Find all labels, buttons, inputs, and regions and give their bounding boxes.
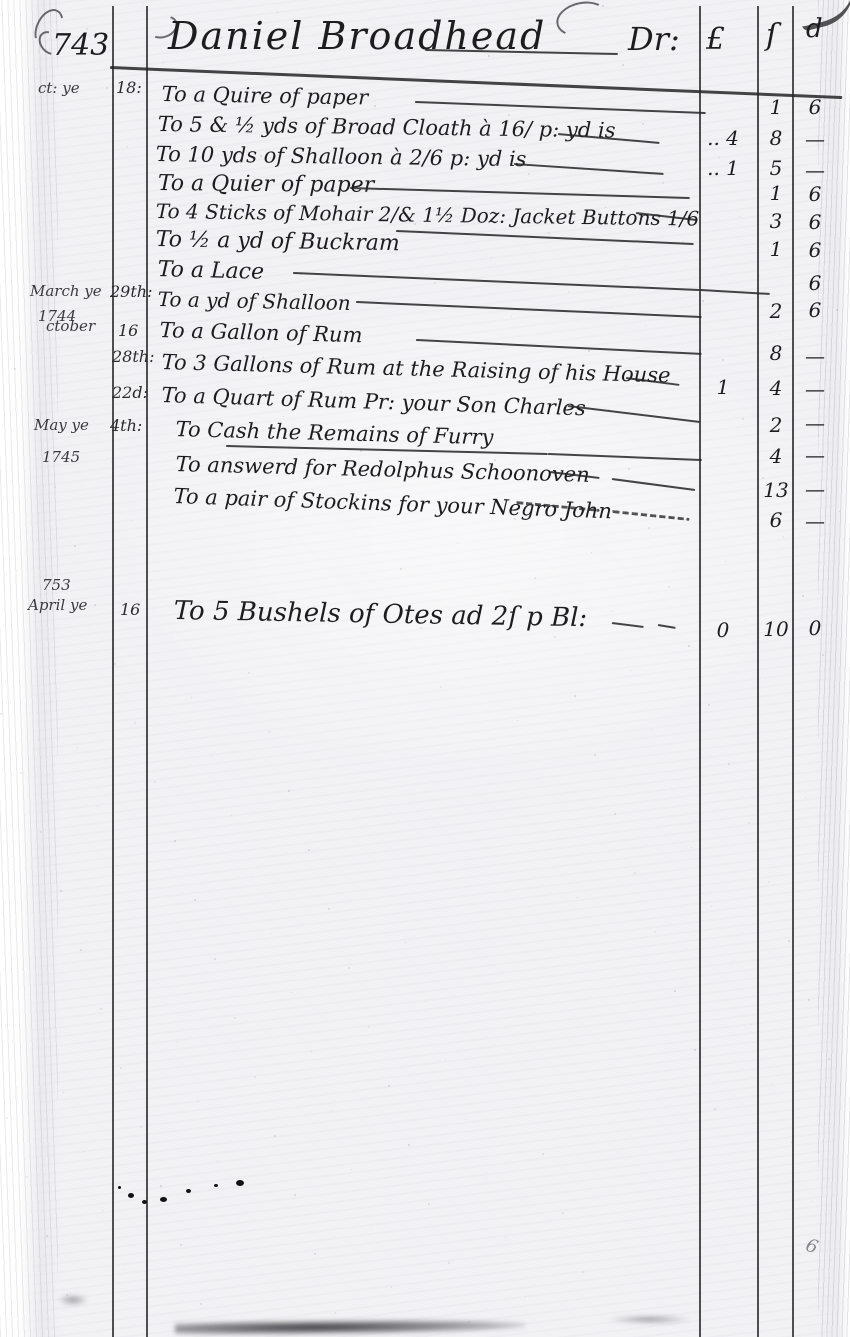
paper-speck (691, 847, 692, 848)
paper-speck (791, 1142, 792, 1143)
paper-speck (799, 393, 800, 394)
paper-speck (191, 697, 192, 698)
paper-speck (825, 856, 826, 857)
paper-speck (257, 1278, 258, 1279)
paper-speck (277, 12, 278, 13)
paper-speck (528, 173, 530, 175)
paper-speck (297, 71, 298, 72)
paper-speck (274, 1135, 276, 1137)
ruled-flourish (416, 339, 702, 355)
paper-speck (405, 942, 406, 943)
paper-speck (237, 1219, 238, 1220)
paper-speck (397, 366, 398, 367)
paper-speck (6, 1117, 8, 1119)
entry-day: 18: (116, 78, 142, 97)
entry-day: 16 (118, 321, 138, 340)
entry-description: To answerd for Redolphus Schoonoven (175, 452, 590, 487)
paper-speck (371, 1228, 372, 1229)
paper-speck (231, 815, 232, 816)
paper-speck (465, 1119, 466, 1120)
paper-speck (602, 5, 604, 7)
paper-speck (674, 990, 676, 992)
paper-speck (762, 477, 764, 479)
torn-left-edge (0, 0, 58, 1337)
paper-speck (782, 536, 784, 538)
paper-speck (839, 511, 840, 512)
paper-speck (268, 731, 270, 733)
paper-speck (234, 1017, 236, 1019)
paper-speck (163, 62, 164, 63)
paper-speck (348, 967, 350, 969)
entry-description: To 10 yds of Shalloon à 2/6 p: yd is (156, 142, 527, 171)
paper-speck (60, 890, 62, 892)
paper-speck (542, 1153, 544, 1155)
entry-pence: — (793, 411, 837, 435)
entry-pence: — (793, 377, 837, 401)
paper-speck (514, 518, 516, 520)
paper-speck (180, 1244, 182, 1246)
paper-speck (300, 273, 302, 275)
pounds-column-header: £ (706, 22, 725, 57)
paper-speck (491, 257, 492, 258)
paper-speck (571, 493, 572, 494)
paper-speck (411, 21, 412, 22)
paper-speck (46, 1235, 48, 1237)
paper-speck (437, 484, 438, 485)
ruled-flourish (356, 301, 702, 318)
entry-shillings: 1 (759, 237, 793, 261)
paper-speck (548, 232, 550, 234)
paper-speck (243, 298, 244, 299)
paper-speck (608, 409, 610, 411)
paper-speck (591, 552, 592, 553)
paper-speck (671, 788, 672, 789)
paper-speck (448, 1262, 450, 1264)
pence-column-header: d (806, 14, 823, 44)
paper-speck (120, 1067, 122, 1069)
ruled-flourish (396, 230, 694, 245)
paper-speck (337, 189, 338, 190)
paper-speck (494, 459, 496, 461)
paper-speck (17, 570, 18, 571)
paper-speck (254, 1076, 256, 1078)
entry-pence: 6 (793, 210, 837, 234)
margin-rule-outer (112, 6, 114, 1337)
paper-speck (831, 1260, 832, 1261)
ruled-flourish (612, 478, 695, 491)
paper-speck (414, 223, 416, 225)
paper-speck (94, 604, 96, 606)
ruled-flourish (514, 163, 664, 175)
paper-speck (214, 958, 216, 960)
paper-speck (294, 1194, 296, 1196)
paper-speck (836, 309, 838, 311)
paper-speck (759, 275, 760, 276)
paper-speck (705, 502, 706, 503)
paper-speck (117, 865, 118, 866)
entry-shillings: 6 (759, 508, 793, 532)
entry-margin-year: 1745 (42, 448, 80, 466)
paper-speck (745, 620, 746, 621)
entry-description: To a Quart of Rum Pr: your Son Charles (161, 383, 586, 420)
entry-description: To 3 Gallons of Rum at the Raising of hi… (161, 350, 670, 387)
paper-speck (20, 772, 22, 774)
paper-speck (525, 1296, 526, 1297)
paper-speck (654, 931, 656, 933)
paper-speck (557, 838, 558, 839)
paper-speck (725, 561, 726, 562)
paper-speck (694, 1049, 696, 1051)
paper-speck (23, 974, 24, 975)
entry-shillings: 1 (759, 95, 793, 119)
paper-speck (517, 720, 518, 721)
entry-shillings: 3 (759, 209, 793, 233)
ruled-flourish (350, 187, 690, 199)
paper-speck (497, 661, 498, 662)
entry-shillings: 4 (759, 376, 793, 400)
paper-speck (291, 992, 292, 993)
entry-pounds: 0 (695, 618, 751, 642)
entry-description: To a Quier of paper (158, 171, 375, 198)
paper-speck (203, 180, 204, 181)
paper-speck (317, 130, 318, 131)
paper-speck (425, 1001, 426, 1002)
entry-pence: — (793, 509, 837, 533)
paper-speck (420, 627, 422, 629)
entry-shillings: 1 (759, 181, 793, 205)
entry-shillings: 2 (759, 299, 793, 323)
paper-speck (488, 55, 490, 57)
paper-speck (263, 357, 264, 358)
bottom-smudge (58, 1294, 88, 1306)
paper-speck (114, 663, 116, 665)
paper-speck (111, 461, 112, 462)
paper-speck (582, 1271, 584, 1273)
ruled-flourish (658, 624, 676, 629)
paper-speck (477, 602, 478, 603)
paper-speck (434, 282, 436, 284)
paper-speck (77, 747, 78, 748)
paper-speck (634, 872, 636, 874)
paper-speck (808, 999, 810, 1001)
paper-speck (679, 39, 680, 40)
paper-speck (802, 595, 804, 597)
paper-speck (97, 806, 98, 807)
paper-speck (574, 695, 576, 697)
paper-speck (288, 790, 290, 792)
paper-speck (819, 452, 820, 453)
paper-speck (334, 1312, 336, 1314)
paper-speck (137, 924, 138, 925)
entry-pence: 0 (793, 616, 837, 640)
entry-pounds: .. 1 (695, 156, 751, 180)
paper-speck (34, 427, 36, 429)
entry-pence: 6 (793, 298, 837, 322)
paper-speck (314, 1253, 316, 1255)
paper-speck (728, 763, 730, 765)
entry-pence: — (793, 158, 837, 182)
paper-speck (394, 164, 396, 166)
paper-speck (251, 874, 252, 875)
paper-speck (354, 46, 356, 48)
paper-speck (471, 198, 472, 199)
ink-blot (160, 1197, 167, 1202)
paper-speck (63, 1092, 64, 1093)
paper-speck (57, 688, 58, 689)
entry-pence: — (793, 344, 837, 368)
paper-speck (29, 53, 30, 54)
entry-shillings: 5 (759, 156, 793, 180)
paper-speck (605, 207, 606, 208)
paper-speck (688, 645, 690, 647)
entry-shillings: 8 (759, 341, 793, 365)
paper-speck (642, 123, 644, 125)
shillings-column-rule (757, 6, 759, 1337)
paper-speck (585, 148, 586, 149)
paper-speck (622, 64, 624, 66)
paper-speck (768, 881, 770, 883)
paper-speck (66, 1294, 68, 1296)
paper-speck (828, 1058, 830, 1060)
entry-shillings: 4 (759, 444, 793, 468)
entry-pence: 6 (793, 271, 837, 295)
paper-speck (143, 3, 144, 4)
paper-speck (37, 629, 38, 630)
paper-speck (240, 96, 242, 98)
paper-speck (665, 384, 666, 385)
entry-description: To a Lace (157, 257, 264, 285)
paper-speck (645, 325, 646, 326)
paper-speck (614, 813, 616, 815)
entry-margin-month: ctober (46, 317, 95, 335)
paper-speck (739, 216, 740, 217)
paper-speck (648, 527, 650, 529)
ruled-flourish (548, 453, 702, 461)
paper-speck (200, 1303, 202, 1305)
paper-speck (174, 840, 176, 842)
entry-shillings: 10 (759, 617, 793, 641)
entry-day: 4th: (110, 416, 142, 435)
paper-speck (368, 1026, 370, 1028)
paper-speck (534, 577, 536, 579)
paper-speck (719, 157, 720, 158)
paper-speck (702, 300, 704, 302)
paper-speck (408, 1144, 410, 1146)
entry-description: To Cash the Remains of Furry (175, 417, 493, 449)
entry-pence: 6 (793, 95, 837, 119)
paper-speck (134, 722, 136, 724)
paper-speck (360, 450, 362, 452)
paper-speck (428, 1203, 430, 1205)
paper-speck (223, 239, 224, 240)
entry-margin-month: ct: ye (38, 79, 80, 97)
paper-speck (26, 1176, 28, 1178)
ledger-page: 743 Daniel Broadhead Dr: £ ſ d ct: ye18:… (0, 0, 850, 1337)
paper-speck (588, 350, 590, 352)
paper-speck (146, 205, 148, 207)
paper-speck (86, 28, 88, 30)
paper-speck (711, 906, 712, 907)
paper-speck (331, 1110, 332, 1111)
debit-abbreviation: Dr: (628, 20, 680, 58)
paper-speck (779, 334, 780, 335)
paper-speck (377, 307, 378, 308)
paper-speck (545, 30, 546, 31)
ink-blot (142, 1200, 147, 1204)
paper-speck (391, 1287, 392, 1288)
paper-speck (474, 400, 476, 402)
paper-speck (551, 434, 552, 435)
paper-speck (154, 781, 156, 783)
paper-speck (805, 797, 806, 798)
entry-pence: 6 (793, 238, 837, 262)
ink-blot (118, 1186, 121, 1189)
ruled-flourish (612, 622, 644, 628)
entry-description: To a Gallon of Rum (159, 318, 362, 347)
paper-speck (140, 1126, 142, 1128)
entry-pounds: .. 4 (695, 126, 751, 150)
paper-speck (388, 1085, 390, 1087)
paper-speck (508, 114, 510, 116)
paper-speck (160, 1185, 162, 1187)
paper-speck (440, 686, 442, 688)
paper-speck (625, 266, 626, 267)
paper-speck (816, 250, 818, 252)
paper-speck (628, 468, 630, 470)
entry-day: 28th: (112, 347, 154, 366)
ink-blot (236, 1180, 244, 1186)
paper-speck (100, 1008, 102, 1010)
paper-speck (131, 520, 132, 521)
paper-speck (0, 713, 2, 715)
paper-speck (320, 332, 322, 334)
entry-pence: — (793, 477, 837, 501)
paper-speck (554, 636, 556, 638)
folio-number: 743 (52, 28, 109, 63)
paper-speck (822, 654, 824, 656)
paper-speck (260, 155, 262, 157)
paper-speck (54, 486, 56, 488)
paper-speck (662, 182, 664, 184)
paper-speck (103, 1210, 104, 1211)
entry-pence: — (793, 443, 837, 467)
paper-speck (308, 849, 310, 851)
paper-speck (211, 756, 212, 757)
entry-pence: 6 (793, 182, 837, 206)
paper-speck (417, 425, 418, 426)
paper-speck (328, 908, 330, 910)
paper-speck (682, 241, 684, 243)
paper-speck (43, 1033, 44, 1034)
paper-speck (271, 933, 272, 934)
entry-description: To 5 Bushels of Otes ad 2ſ p Bl: (173, 596, 587, 633)
paper-speck (194, 899, 196, 901)
entry-pence: — (793, 127, 837, 151)
paper-speck (248, 672, 250, 674)
paper-speck (83, 1151, 84, 1152)
paper-speck (699, 98, 700, 99)
entry-day: 22d: (112, 383, 148, 402)
entry-margin-month: 753 (42, 576, 71, 594)
paper-speck (80, 949, 82, 951)
paper-speck (511, 316, 512, 317)
paper-speck (611, 611, 612, 612)
paper-speck (106, 87, 108, 89)
entry-margin-month: May ye (34, 416, 89, 434)
entry-day: 16 (120, 600, 140, 619)
entry-day: 29th: (110, 282, 152, 301)
ruled-flourish (700, 289, 770, 295)
paper-speck (9, 1319, 10, 1320)
paper-speck (468, 1321, 470, 1323)
entry-description: To 5 & ½ yds of Broad Cloath à 16/ p: yd… (158, 112, 616, 142)
paper-speck (562, 1212, 564, 1214)
paper-speck (151, 579, 152, 580)
paper-speck (14, 368, 16, 370)
paper-speck (3, 915, 4, 916)
ruled-flourish (612, 510, 690, 521)
bottom-smudge (610, 1315, 690, 1324)
entry-shillings: 8 (759, 126, 793, 150)
ink-blot (214, 1184, 218, 1187)
paper-speck (771, 1083, 772, 1084)
paper-speck (40, 831, 42, 833)
paper-speck (722, 359, 724, 361)
entry-shillings: 13 (759, 478, 793, 502)
paper-speck (531, 375, 532, 376)
paper-speck (311, 1051, 312, 1052)
paper-speck (171, 638, 172, 639)
paper-speck (166, 264, 168, 266)
paper-speck (788, 940, 790, 942)
bottom-smudge (175, 1318, 525, 1336)
entry-description: To a yd of Shalloon (157, 287, 350, 315)
paper-speck (280, 214, 282, 216)
paper-speck (811, 1201, 812, 1202)
shillings-column-header: ſ (766, 18, 777, 53)
paper-speck (565, 89, 566, 90)
entry-margin-year: April ye (28, 596, 87, 614)
paper-speck (708, 704, 710, 706)
paper-speck (431, 80, 432, 81)
paper-speck (454, 341, 456, 343)
paper-speck (631, 670, 632, 671)
paper-speck (351, 1169, 352, 1170)
paper-speck (751, 1024, 752, 1025)
entry-description: To ½ a yd of Buckram (156, 227, 400, 256)
paper-speck (126, 146, 128, 148)
entry-description: To a Quire of paper (162, 82, 369, 110)
paper-speck (485, 1178, 486, 1179)
paper-speck (177, 1042, 178, 1043)
paper-speck (183, 121, 184, 122)
entry-margin-month: March ye (30, 282, 102, 300)
paper-speck (374, 105, 376, 107)
paper-speck (685, 443, 686, 444)
paper-speck (594, 754, 596, 756)
ruled-flourish (568, 405, 700, 423)
ruled-flourish (415, 101, 706, 114)
paper-speck (340, 391, 342, 393)
paper-speck (400, 568, 402, 570)
paper-speck (742, 418, 744, 420)
paper-speck (451, 139, 452, 140)
paper-speck (668, 586, 670, 588)
ink-blot (186, 1189, 191, 1193)
paper-speck (220, 37, 222, 39)
entry-description: To 4 Sticks of Mohair 2/& 1½ Doz: Jacket… (156, 199, 700, 231)
paper-speck (380, 509, 382, 511)
